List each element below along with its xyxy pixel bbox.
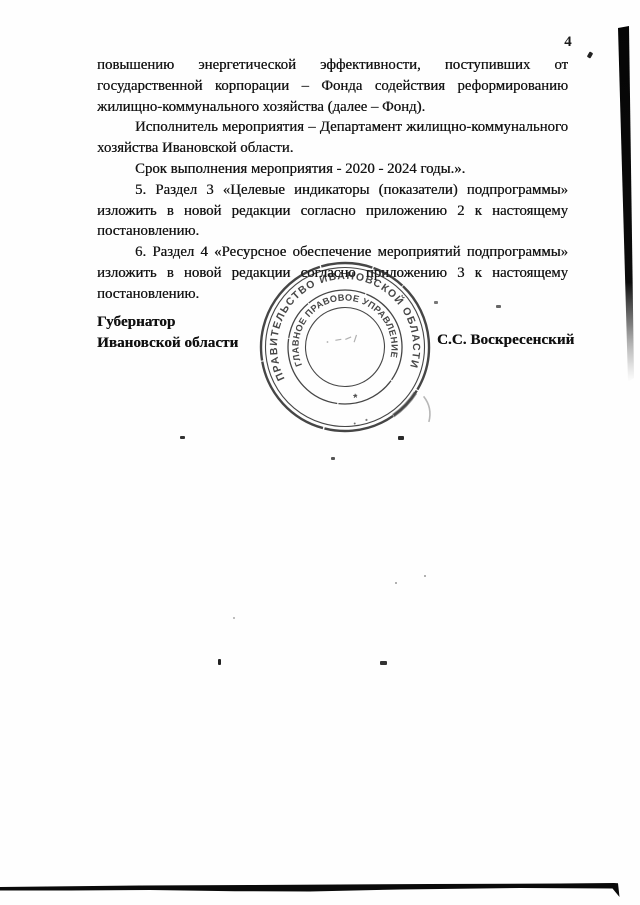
signature-title-line2: Ивановской области <box>97 332 238 353</box>
stamp-edge-streak <box>424 396 431 422</box>
scan-speck <box>180 436 185 439</box>
text-line: Исполнитель мероприятия – Департамент жи… <box>97 117 568 138</box>
scan-speck <box>218 659 221 665</box>
page-number: 4 <box>558 34 578 51</box>
scan-speck <box>434 301 438 304</box>
scan-speck <box>496 305 501 308</box>
stamp-edge-smudge <box>391 393 417 416</box>
text-line: постановлению. <box>97 221 568 242</box>
stamp-outer-ring <box>254 256 436 438</box>
text-line: повышению энергетической эффективности, … <box>97 55 568 76</box>
text-line: 5. Раздел 3 «Целевые индикаторы (показат… <box>97 180 568 201</box>
text-line: хозяйства Ивановской области. <box>97 138 568 159</box>
stamp-outer-text: ПРАВИТЕЛЬСТВО ИВАНОВСКОЙ ОБЛАСТИ <box>261 264 424 384</box>
scan-speck <box>395 582 397 584</box>
text-line: государственной корпорации – Фонда содей… <box>97 76 568 97</box>
signature-title-line1: Губернатор <box>97 311 238 332</box>
signature-title: Губернатор Ивановской области <box>97 311 238 353</box>
signature-name: С.С. Воскресенский <box>437 331 574 349</box>
scan-speck <box>233 617 235 619</box>
stamp-bottom-dot <box>354 422 356 424</box>
scan-speck <box>380 661 387 665</box>
stamp-inner-ring <box>302 304 388 390</box>
official-stamp: ПРАВИТЕЛЬСТВО ИВАНОВСКОЙ ОБЛАСТИ ГЛАВНОЕ… <box>253 255 437 439</box>
scan-speck <box>398 436 404 440</box>
scan-artifact-right-bar <box>608 24 640 454</box>
stamp-star: * <box>353 392 359 404</box>
scan-speck <box>587 51 593 58</box>
text-line: изложить в новой редакции согласно прило… <box>97 201 568 222</box>
scan-speck <box>424 575 426 577</box>
stamp-center-signature <box>326 335 357 345</box>
document-page: 4 повышению энергетической эффективности… <box>0 0 640 905</box>
scan-speck <box>331 457 335 460</box>
text-line: жилищно-коммунального хозяйства (далее –… <box>97 97 568 118</box>
stamp-middle-ring <box>283 285 407 409</box>
stamp-bottom-dot <box>365 419 367 421</box>
scan-artifact-bottom-line <box>0 880 640 905</box>
text-line: Срок выполнения мероприятия - 2020 - 202… <box>97 159 568 180</box>
